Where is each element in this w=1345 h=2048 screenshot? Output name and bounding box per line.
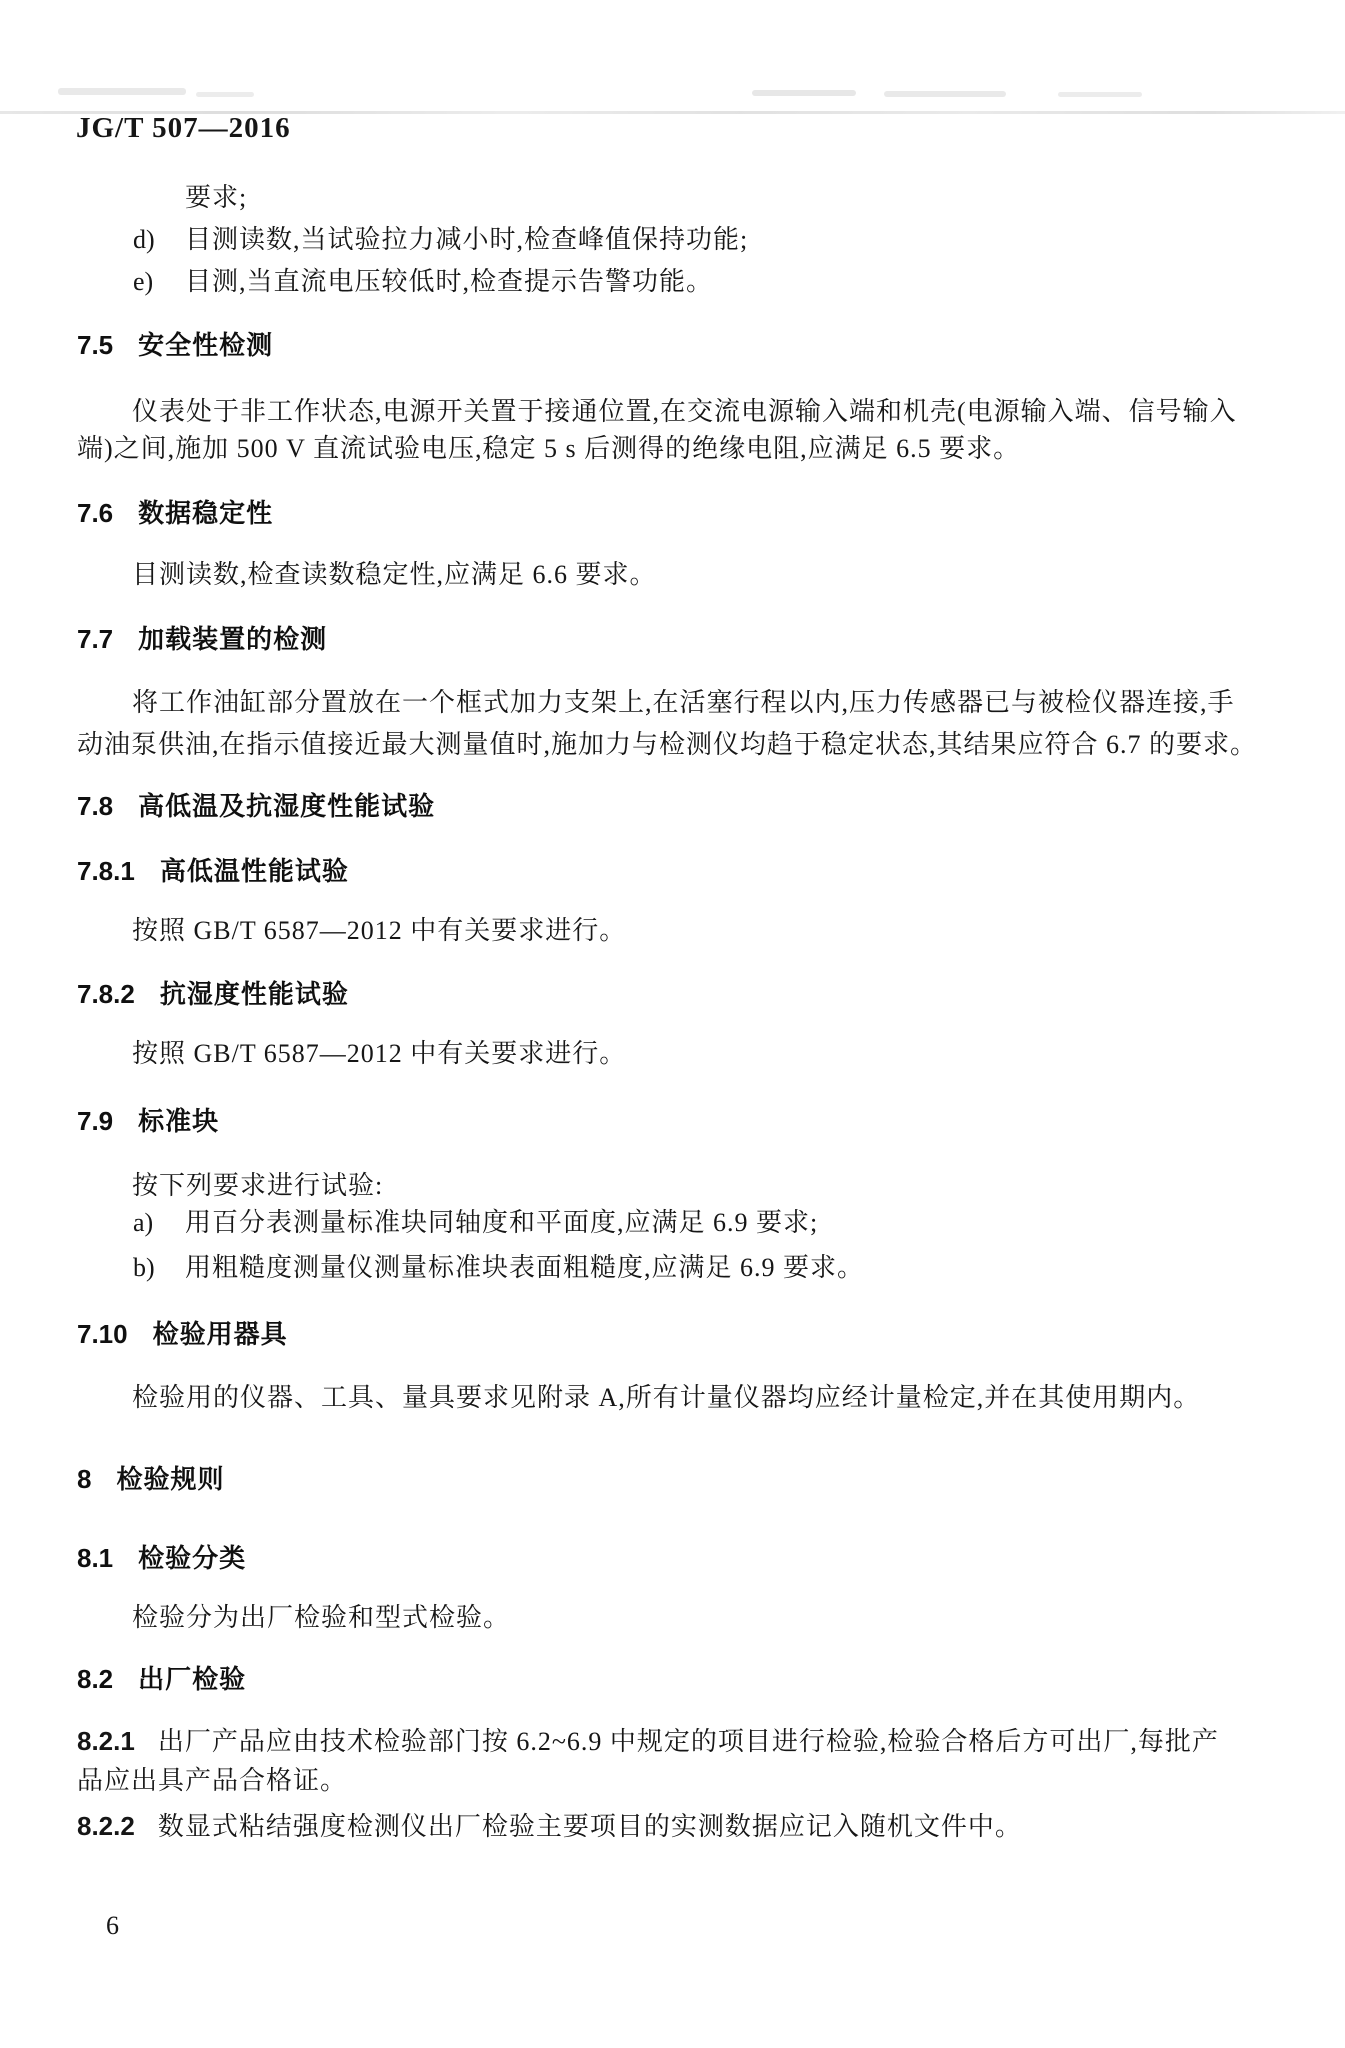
- heading-title: 数据稳定性: [138, 498, 273, 528]
- clause-8-2-2: 8.2.2数显式粘结强度检测仪出厂检验主要项目的实测数据应记入随机文件中。: [77, 1808, 1022, 1845]
- scan-artifact: [196, 92, 254, 97]
- heading-8-1: 8.1检验分类: [77, 1540, 246, 1576]
- heading-7-9: 7.9标准块: [77, 1103, 219, 1139]
- paragraph-line: 按下列要求进行试验:: [132, 1168, 383, 1204]
- list-text: 目测,当直流电压较低时,检查提示告警功能。: [185, 267, 713, 296]
- paragraph-line: 仪表处于非工作状态,电源开关置于接通位置,在交流电源输入端和机壳(电源输入端、信…: [132, 394, 1237, 430]
- clause-text: 数显式粘结强度检测仪出厂检验主要项目的实测数据应记入随机文件中。: [158, 1812, 1022, 1841]
- heading-7-10: 7.10检验用器具: [77, 1316, 288, 1352]
- list-item-a: a)用百分表测量标准块同轴度和平面度,应满足 6.9 要求;: [133, 1205, 818, 1241]
- heading-number: 7.8.1: [77, 853, 135, 889]
- list-marker: b): [133, 1250, 185, 1286]
- heading-7-8: 7.8高低温及抗湿度性能试验: [77, 788, 435, 824]
- paragraph-line: 按照 GB/T 6587—2012 中有关要求进行。: [132, 913, 626, 949]
- heading-title: 高低温性能试验: [160, 856, 349, 886]
- scan-artifact: [752, 90, 856, 96]
- heading-number: 7.8: [77, 788, 113, 824]
- heading-number: 7.10: [77, 1316, 128, 1352]
- list-continuation-line: 要求;: [185, 180, 247, 216]
- standard-number: JG/T 507—2016: [76, 112, 291, 145]
- list-item-b: b)用粗糙度测量仪测量标准块表面粗糙度,应满足 6.9 要求。: [133, 1250, 864, 1286]
- scan-artifact: [58, 88, 186, 95]
- paragraph-line: 检验用的仪器、工具、量具要求见附录 A,所有计量仪器均应经计量检定,并在其使用期…: [132, 1380, 1200, 1416]
- heading-8-2: 8.2出厂检验: [77, 1661, 246, 1697]
- document-page: JG/T 507—2016 要求; d)目测读数,当试验拉力减小时,检查峰值保持…: [0, 0, 1345, 2048]
- list-marker: a): [133, 1205, 185, 1241]
- list-text: 目测读数,当试验拉力减小时,检查峰值保持功能;: [185, 225, 748, 254]
- heading-title: 标准块: [138, 1106, 219, 1136]
- heading-number: 7.5: [77, 327, 113, 363]
- heading-title: 出厂检验: [138, 1664, 246, 1694]
- paragraph-line: 目测读数,检查读数稳定性,应满足 6.6 要求。: [132, 557, 657, 593]
- list-item-d: d)目测读数,当试验拉力减小时,检查峰值保持功能;: [133, 222, 748, 258]
- clause-8-2-1: 8.2.1出厂产品应由技术检验部门按 6.2~6.9 中规定的项目进行检验,检验…: [77, 1723, 1219, 1760]
- heading-number: 7.6: [77, 495, 113, 531]
- heading-title: 检验规则: [116, 1464, 224, 1494]
- heading-title: 加载装置的检测: [138, 624, 327, 654]
- heading-7-6: 7.6数据稳定性: [77, 495, 273, 531]
- heading-title: 抗湿度性能试验: [160, 979, 349, 1009]
- paragraph-line: 检验分为出厂检验和型式检验。: [132, 1600, 510, 1636]
- heading-7-8-2: 7.8.2抗湿度性能试验: [77, 976, 349, 1012]
- clause-number: 8.2.2: [77, 1811, 135, 1841]
- list-text: 用粗糙度测量仪测量标准块表面粗糙度,应满足 6.9 要求。: [185, 1253, 864, 1282]
- clause-text: 出厂产品应由技术检验部门按 6.2~6.9 中规定的项目进行检验,检验合格后方可…: [158, 1727, 1219, 1756]
- paragraph-line: 按照 GB/T 6587—2012 中有关要求进行。: [132, 1036, 626, 1072]
- heading-7-8-1: 7.8.1高低温性能试验: [77, 853, 349, 889]
- clause-number: 8.2.1: [77, 1726, 135, 1756]
- page-number: 6: [106, 1911, 119, 1941]
- heading-7-7: 7.7加载装置的检测: [77, 621, 327, 657]
- list-marker: e): [133, 264, 185, 300]
- heading-title: 检验用器具: [153, 1319, 288, 1349]
- heading-8: 8检验规则: [77, 1461, 224, 1497]
- heading-title: 高低温及抗湿度性能试验: [138, 791, 435, 821]
- heading-number: 8.1: [77, 1540, 113, 1576]
- heading-number: 7.7: [77, 621, 113, 657]
- heading-number: 8.2: [77, 1661, 113, 1697]
- heading-number: 7.8.2: [77, 976, 135, 1012]
- heading-7-5: 7.5安全性检测: [77, 327, 273, 363]
- scan-artifact: [884, 91, 1006, 97]
- scan-artifact: [1058, 92, 1142, 97]
- paragraph-line: 品应出具产品合格证。: [77, 1763, 347, 1799]
- paragraph-line: 端)之间,施加 500 V 直流试验电压,稳定 5 s 后测得的绝缘电阻,应满足…: [77, 431, 1020, 467]
- list-text: 用百分表测量标准块同轴度和平面度,应满足 6.9 要求;: [185, 1208, 818, 1237]
- heading-number: 7.9: [77, 1103, 113, 1139]
- heading-title: 安全性检测: [138, 330, 273, 360]
- list-item-e: e)目测,当直流电压较低时,检查提示告警功能。: [133, 264, 713, 300]
- heading-title: 检验分类: [138, 1543, 246, 1573]
- list-marker: d): [133, 222, 185, 258]
- heading-number: 8: [77, 1461, 91, 1497]
- paragraph-line: 动油泵供油,在指示值接近最大测量值时,施加力与检测仪均趋于稳定状态,其结果应符合…: [77, 727, 1257, 763]
- paragraph-line: 将工作油缸部分置放在一个框式加力支架上,在活塞行程以内,压力传感器已与被检仪器连…: [132, 685, 1235, 721]
